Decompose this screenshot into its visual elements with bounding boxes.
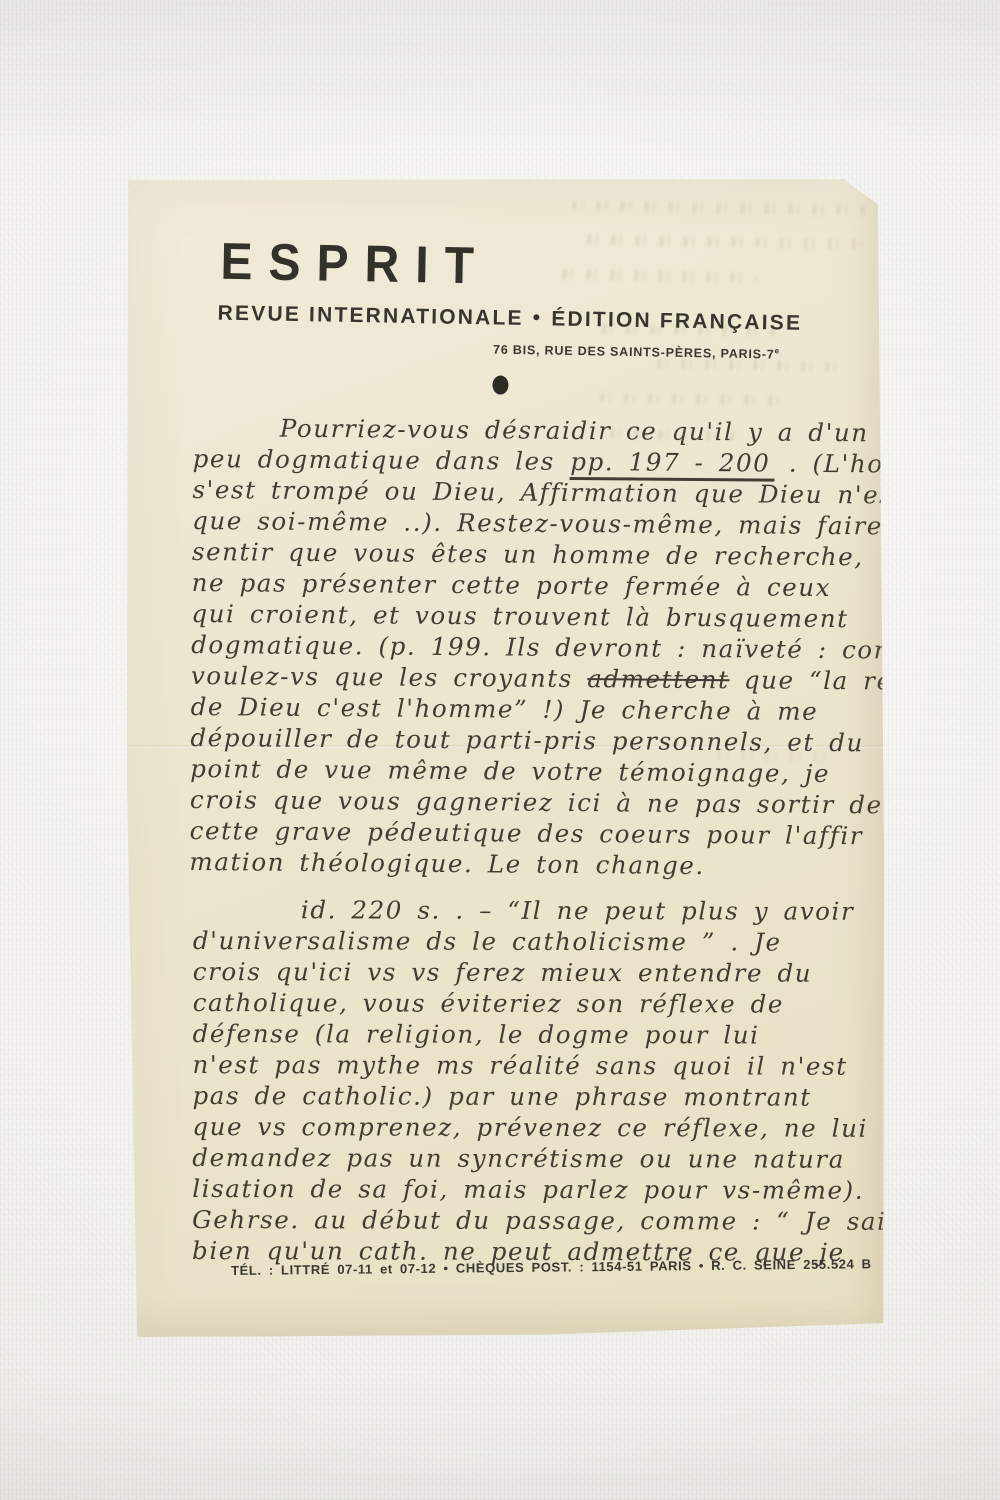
handwriting-segment: que soi-même ..). Restez-vous-même, mais… [192, 506, 883, 540]
handwritten-line: que vs comprenez, prévenez ce réflexe, n… [192, 1111, 901, 1144]
separator-dot-icon [492, 375, 508, 394]
brand-title: ESPRIT [220, 237, 490, 294]
handwriting-segment: cette grave pédeutique des coeurs pour l… [190, 816, 864, 850]
handwriting-segment: peu dogmatique dans les [193, 444, 570, 476]
handwritten-line: crois qu'ici vs vs ferez mieux entendre … [193, 956, 902, 989]
handwriting-segment: ne pas présenter cette porte fermée à ce… [192, 568, 832, 602]
handwriting-segment: Gehrse. au début du passage, comme : “ J… [192, 1205, 901, 1236]
handwriting-segment: Pourriez-vous désraidir ce qu'il y a d'u… [280, 414, 869, 448]
handwritten-line: d'universalisme ds le catholicisme ” . J… [193, 925, 902, 958]
handwriting-segment: n'est pas mythe ms réalité sans quoi il … [193, 1050, 848, 1081]
letter-paper: ESPRIT REVUE INTERNATIONALE•ÉDITION FRAN… [127, 179, 884, 1337]
handwritten-line: Gehrse. au début du passage, comme : “ J… [192, 1204, 901, 1237]
handwriting-segment: voulez-vs que les croyants [191, 661, 588, 693]
handwritten-line: pas de catholic.) par une phrase montran… [192, 1080, 901, 1113]
handwriting-segment: point de vue même de votre témoignage, j… [190, 754, 830, 788]
handwriting-segment: id. 220 s. . – “Il ne peut plus y avoir [301, 895, 854, 925]
address-text: 76 BIS, RUE DES SAINTS-PÈRES, PARIS-7 [493, 343, 775, 362]
subtitle-bullet-icon: • [533, 306, 543, 330]
subtitle-right: ÉDITION FRANÇAISE [551, 307, 802, 334]
handwriting-segment: crois qu'ici vs vs ferez mieux entendre … [193, 957, 812, 988]
handwriting-segment: catholique, vous éviteriez son réflexe d… [193, 988, 784, 1019]
handwriting-segment: dogmatique. (p. 199. Ils devront : naïve… [191, 630, 968, 665]
handwritten-line: n'est pas mythe ms réalité sans quoi il … [193, 1049, 902, 1082]
handwriting-segment: d'universalisme ds le catholicisme ” . J… [193, 926, 782, 957]
address-superscript: e [775, 346, 780, 355]
handwriting-segment: sentir que vous êtes un homme de recherc… [192, 537, 864, 571]
letterhead-subtitle: REVUE INTERNATIONALE•ÉDITION FRANÇAISE [217, 302, 802, 336]
handwritten-line: défense (la religion, le dogme pour lui [193, 1018, 902, 1051]
handwriting-segment: que “la réalité [729, 665, 955, 696]
handwriting-segment: crois que vous gagneriez ici à ne pas so… [190, 785, 883, 819]
handwritten-line: mation théologique. Le ton change. [189, 846, 966, 883]
address-line: 76 BIS, RUE DES SAINTS-PÈRES, PARIS-7e [493, 341, 780, 361]
handwritten-line: catholique, vous éviteriez son réflexe d… [193, 987, 902, 1020]
handwritten-line: demandez pas un syncrétisme ou une natur… [192, 1142, 901, 1175]
struck-word: admettent [587, 664, 729, 694]
handwritten-line: lisation de sa foi, mais parlez pour vs-… [192, 1173, 901, 1206]
handwriting-segment: qui croient, et vous trouvent là brusque… [191, 599, 848, 633]
handwriting-segment: mation théologique. Le ton change. [189, 847, 705, 880]
handwriting-segment: dépouiller de tout parti-pris personnels… [190, 723, 864, 757]
handwriting-segment: que vs comprenez, prévenez ce réflexe, n… [192, 1112, 868, 1143]
handwritten-paragraph-2: id. 220 s. . – “Il ne peut plus y avoird… [192, 894, 902, 1268]
handwritten-paragraph-1: Pourriez-vous désraidir ce qu'il y a d'u… [189, 412, 970, 883]
handwriting-segment: de Dieu c'est l'homme” !) Je cherche à m… [191, 692, 819, 726]
handwriting-segment: demandez pas un syncrétisme ou une natur… [192, 1143, 845, 1174]
photo-background: { "letterhead": { "title": "ESPRIT", "su… [0, 0, 1000, 1500]
handwriting-segment: pas de catholic.) par une phrase montran… [192, 1081, 811, 1112]
handwriting-segment: s'est trompé ou Dieu, Affirmation que Di… [192, 475, 905, 510]
subtitle-left: REVUE INTERNATIONALE [217, 302, 523, 330]
handwriting-segment: lisation de sa foi, mais parlez pour vs-… [192, 1174, 864, 1205]
handwriting-segment: . (L'homme [774, 449, 949, 479]
handwritten-line: id. 220 s. . – “Il ne peut plus y avoir [193, 894, 902, 927]
handwriting-segment: défense (la religion, le dogme pour lui [193, 1019, 760, 1049]
